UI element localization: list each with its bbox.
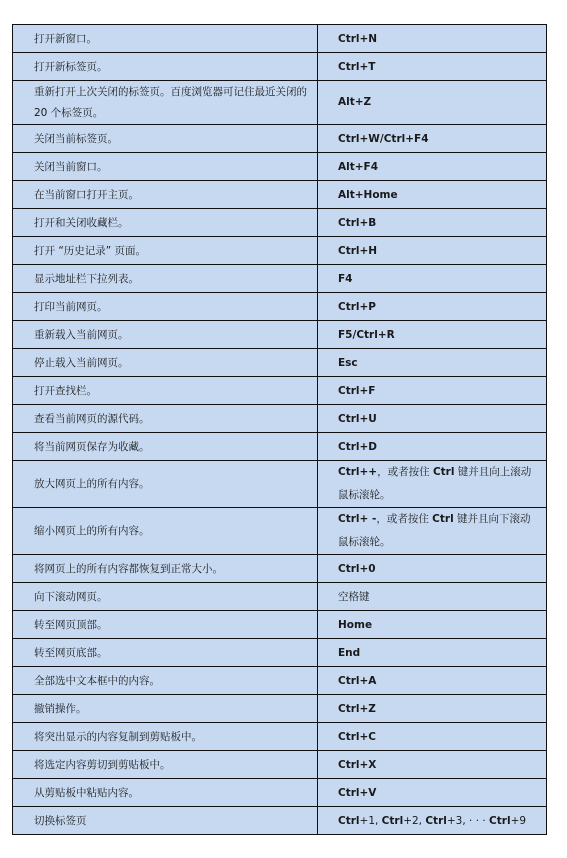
shortcut-cell: Ctrl+A — [318, 667, 547, 695]
shortcut-key: Ctrl — [433, 466, 455, 478]
action-cell: 重新打开上次关闭的标签页。百度浏览器可记住最近关闭的 20 个标签页。 — [13, 81, 318, 125]
shortcut-cell: Esc — [318, 349, 547, 377]
table-row: 显示地址栏下拉列表。 F4 — [13, 265, 547, 293]
action-cell: 全部选中文本框中的内容。 — [13, 667, 318, 695]
shortcut-text: 空格键 — [338, 591, 370, 603]
table-row: 重新载入当前网页。 F5/Ctrl+R — [13, 321, 547, 349]
shortcut-cell: F4 — [318, 265, 547, 293]
action-cell: 打开和关闭收藏栏。 — [13, 209, 318, 237]
shortcut-key: Ctrl+ - — [338, 513, 376, 525]
action-cell: 重新载入当前网页。 — [13, 321, 318, 349]
shortcut-cell: End — [318, 639, 547, 667]
table-row: 全部选中文本框中的内容。 Ctrl+A — [13, 667, 547, 695]
table-row: 将选定内容剪切到剪贴板中。 Ctrl+X — [13, 751, 547, 779]
action-cell: 放大网页上的所有内容。 — [13, 461, 318, 508]
action-cell: 打开查找栏。 — [13, 377, 318, 405]
table-row: 打印当前网页。 Ctrl+P — [13, 293, 547, 321]
table-row: 打开和关闭收藏栏。 Ctrl+B — [13, 209, 547, 237]
table-row: 放大网页上的所有内容。 Ctrl++，或者按住 Ctrl 键并且向上滚动鼠标滚轮… — [13, 461, 547, 508]
shortcut-text: +3, · · · — [447, 815, 489, 827]
action-cell: 打印当前网页。 — [13, 293, 318, 321]
table-row: 将当前网页保存为收藏。 Ctrl+D — [13, 433, 547, 461]
shortcut-cell: Ctrl+F — [318, 377, 547, 405]
action-cell: 停止载入当前网页。 — [13, 349, 318, 377]
action-cell: 将突出显示的内容复制到剪贴板中。 — [13, 723, 318, 751]
shortcut-cell: Ctrl+P — [318, 293, 547, 321]
table-row: 将突出显示的内容复制到剪贴板中。 Ctrl+C — [13, 723, 547, 751]
action-cell: 将网页上的所有内容都恢复到正常大小。 — [13, 555, 318, 583]
table-row: 查看当前网页的源代码。 Ctrl+U — [13, 405, 547, 433]
shortcut-cell: Ctrl+H — [318, 237, 547, 265]
table-row: 撤销操作。 Ctrl+Z — [13, 695, 547, 723]
shortcut-cell: Ctrl+X — [318, 751, 547, 779]
action-cell: 打开新标签页。 — [13, 53, 318, 81]
shortcut-cell: Ctrl+1, Ctrl+2, Ctrl+3, · · · Ctrl+9 — [318, 807, 547, 835]
action-cell: 转至网页底部。 — [13, 639, 318, 667]
table-row: 转至网页底部。 End — [13, 639, 547, 667]
table-row: 切换标签页 Ctrl+1, Ctrl+2, Ctrl+3, · · · Ctrl… — [13, 807, 547, 835]
table-row: 停止载入当前网页。 Esc — [13, 349, 547, 377]
shortcut-cell: Ctrl+T — [318, 53, 547, 81]
action-cell: 将选定内容剪切到剪贴板中。 — [13, 751, 318, 779]
action-cell: 关闭当前窗口。 — [13, 153, 318, 181]
table-row: 打开 “历史记录” 页面。 Ctrl+H — [13, 237, 547, 265]
table-row: 从剪贴板中粘贴内容。 Ctrl+V — [13, 779, 547, 807]
table-row: 重新打开上次关闭的标签页。百度浏览器可记住最近关闭的 20 个标签页。 Alt+… — [13, 81, 547, 125]
action-cell: 查看当前网页的源代码。 — [13, 405, 318, 433]
action-cell: 在当前窗口打开主页。 — [13, 181, 318, 209]
action-cell: 从剪贴板中粘贴内容。 — [13, 779, 318, 807]
shortcut-key: Ctrl — [382, 815, 404, 827]
action-cell: 打开新窗口。 — [13, 25, 318, 53]
shortcut-key: Ctrl++ — [338, 466, 377, 478]
action-cell: 关闭当前标签页。 — [13, 125, 318, 153]
table-row: 向下滚动网页。 空格键 — [13, 583, 547, 611]
shortcut-text: +1, — [360, 815, 382, 827]
shortcut-cell: Home — [318, 611, 547, 639]
table-row: 关闭当前标签页。 Ctrl+W/Ctrl+F4 — [13, 125, 547, 153]
shortcut-cell: Ctrl+V — [318, 779, 547, 807]
shortcut-cell: Ctrl++，或者按住 Ctrl 键并且向上滚动鼠标滚轮。 — [318, 461, 547, 508]
action-cell: 缩小网页上的所有内容。 — [13, 508, 318, 555]
shortcut-text: +9 — [511, 815, 526, 827]
table-row: 打开查找栏。 Ctrl+F — [13, 377, 547, 405]
shortcut-text: ，或者按住 — [377, 466, 433, 478]
shortcut-key: Ctrl — [425, 815, 447, 827]
action-cell: 撤销操作。 — [13, 695, 318, 723]
action-cell: 切换标签页 — [13, 807, 318, 835]
table-row: 转至网页顶部。 Home — [13, 611, 547, 639]
shortcut-cell: Ctrl+B — [318, 209, 547, 237]
action-cell: 打开 “历史记录” 页面。 — [13, 237, 318, 265]
shortcut-text: +2, — [403, 815, 425, 827]
action-cell: 转至网页顶部。 — [13, 611, 318, 639]
table-row: 关闭当前窗口。 Alt+F4 — [13, 153, 547, 181]
table-row: 在当前窗口打开主页。 Alt+Home — [13, 181, 547, 209]
shortcut-key: Ctrl — [489, 815, 511, 827]
shortcut-cell: Ctrl+0 — [318, 555, 547, 583]
shortcut-cell: Ctrl+Z — [318, 695, 547, 723]
shortcut-cell: Ctrl+N — [318, 25, 547, 53]
table-row: 打开新窗口。 Ctrl+N — [13, 25, 547, 53]
shortcut-cell: Alt+Home — [318, 181, 547, 209]
table-row: 将网页上的所有内容都恢复到正常大小。 Ctrl+0 — [13, 555, 547, 583]
action-cell: 向下滚动网页。 — [13, 583, 318, 611]
shortcut-key: Ctrl — [432, 513, 454, 525]
action-cell: 将当前网页保存为收藏。 — [13, 433, 318, 461]
action-cell: 显示地址栏下拉列表。 — [13, 265, 318, 293]
shortcut-cell: Ctrl+W/Ctrl+F4 — [318, 125, 547, 153]
shortcut-cell: Ctrl+C — [318, 723, 547, 751]
shortcut-cell: Alt+Z — [318, 81, 547, 125]
shortcut-table: 打开新窗口。 Ctrl+N 打开新标签页。 Ctrl+T 重新打开上次关闭的标签… — [12, 24, 547, 835]
shortcut-key: Ctrl — [338, 815, 360, 827]
table-row: 缩小网页上的所有内容。 Ctrl+ -，或者按住 Ctrl 键并且向下滚动鼠标滚… — [13, 508, 547, 555]
shortcut-cell: F5/Ctrl+R — [318, 321, 547, 349]
table-row: 打开新标签页。 Ctrl+T — [13, 53, 547, 81]
shortcut-cell: Ctrl+ -，或者按住 Ctrl 键并且向下滚动鼠标滚轮。 — [318, 508, 547, 555]
shortcut-cell: Alt+F4 — [318, 153, 547, 181]
shortcut-cell: 空格键 — [318, 583, 547, 611]
shortcut-cell: Ctrl+D — [318, 433, 547, 461]
shortcut-text: ，或者按住 — [376, 513, 432, 525]
shortcut-cell: Ctrl+U — [318, 405, 547, 433]
